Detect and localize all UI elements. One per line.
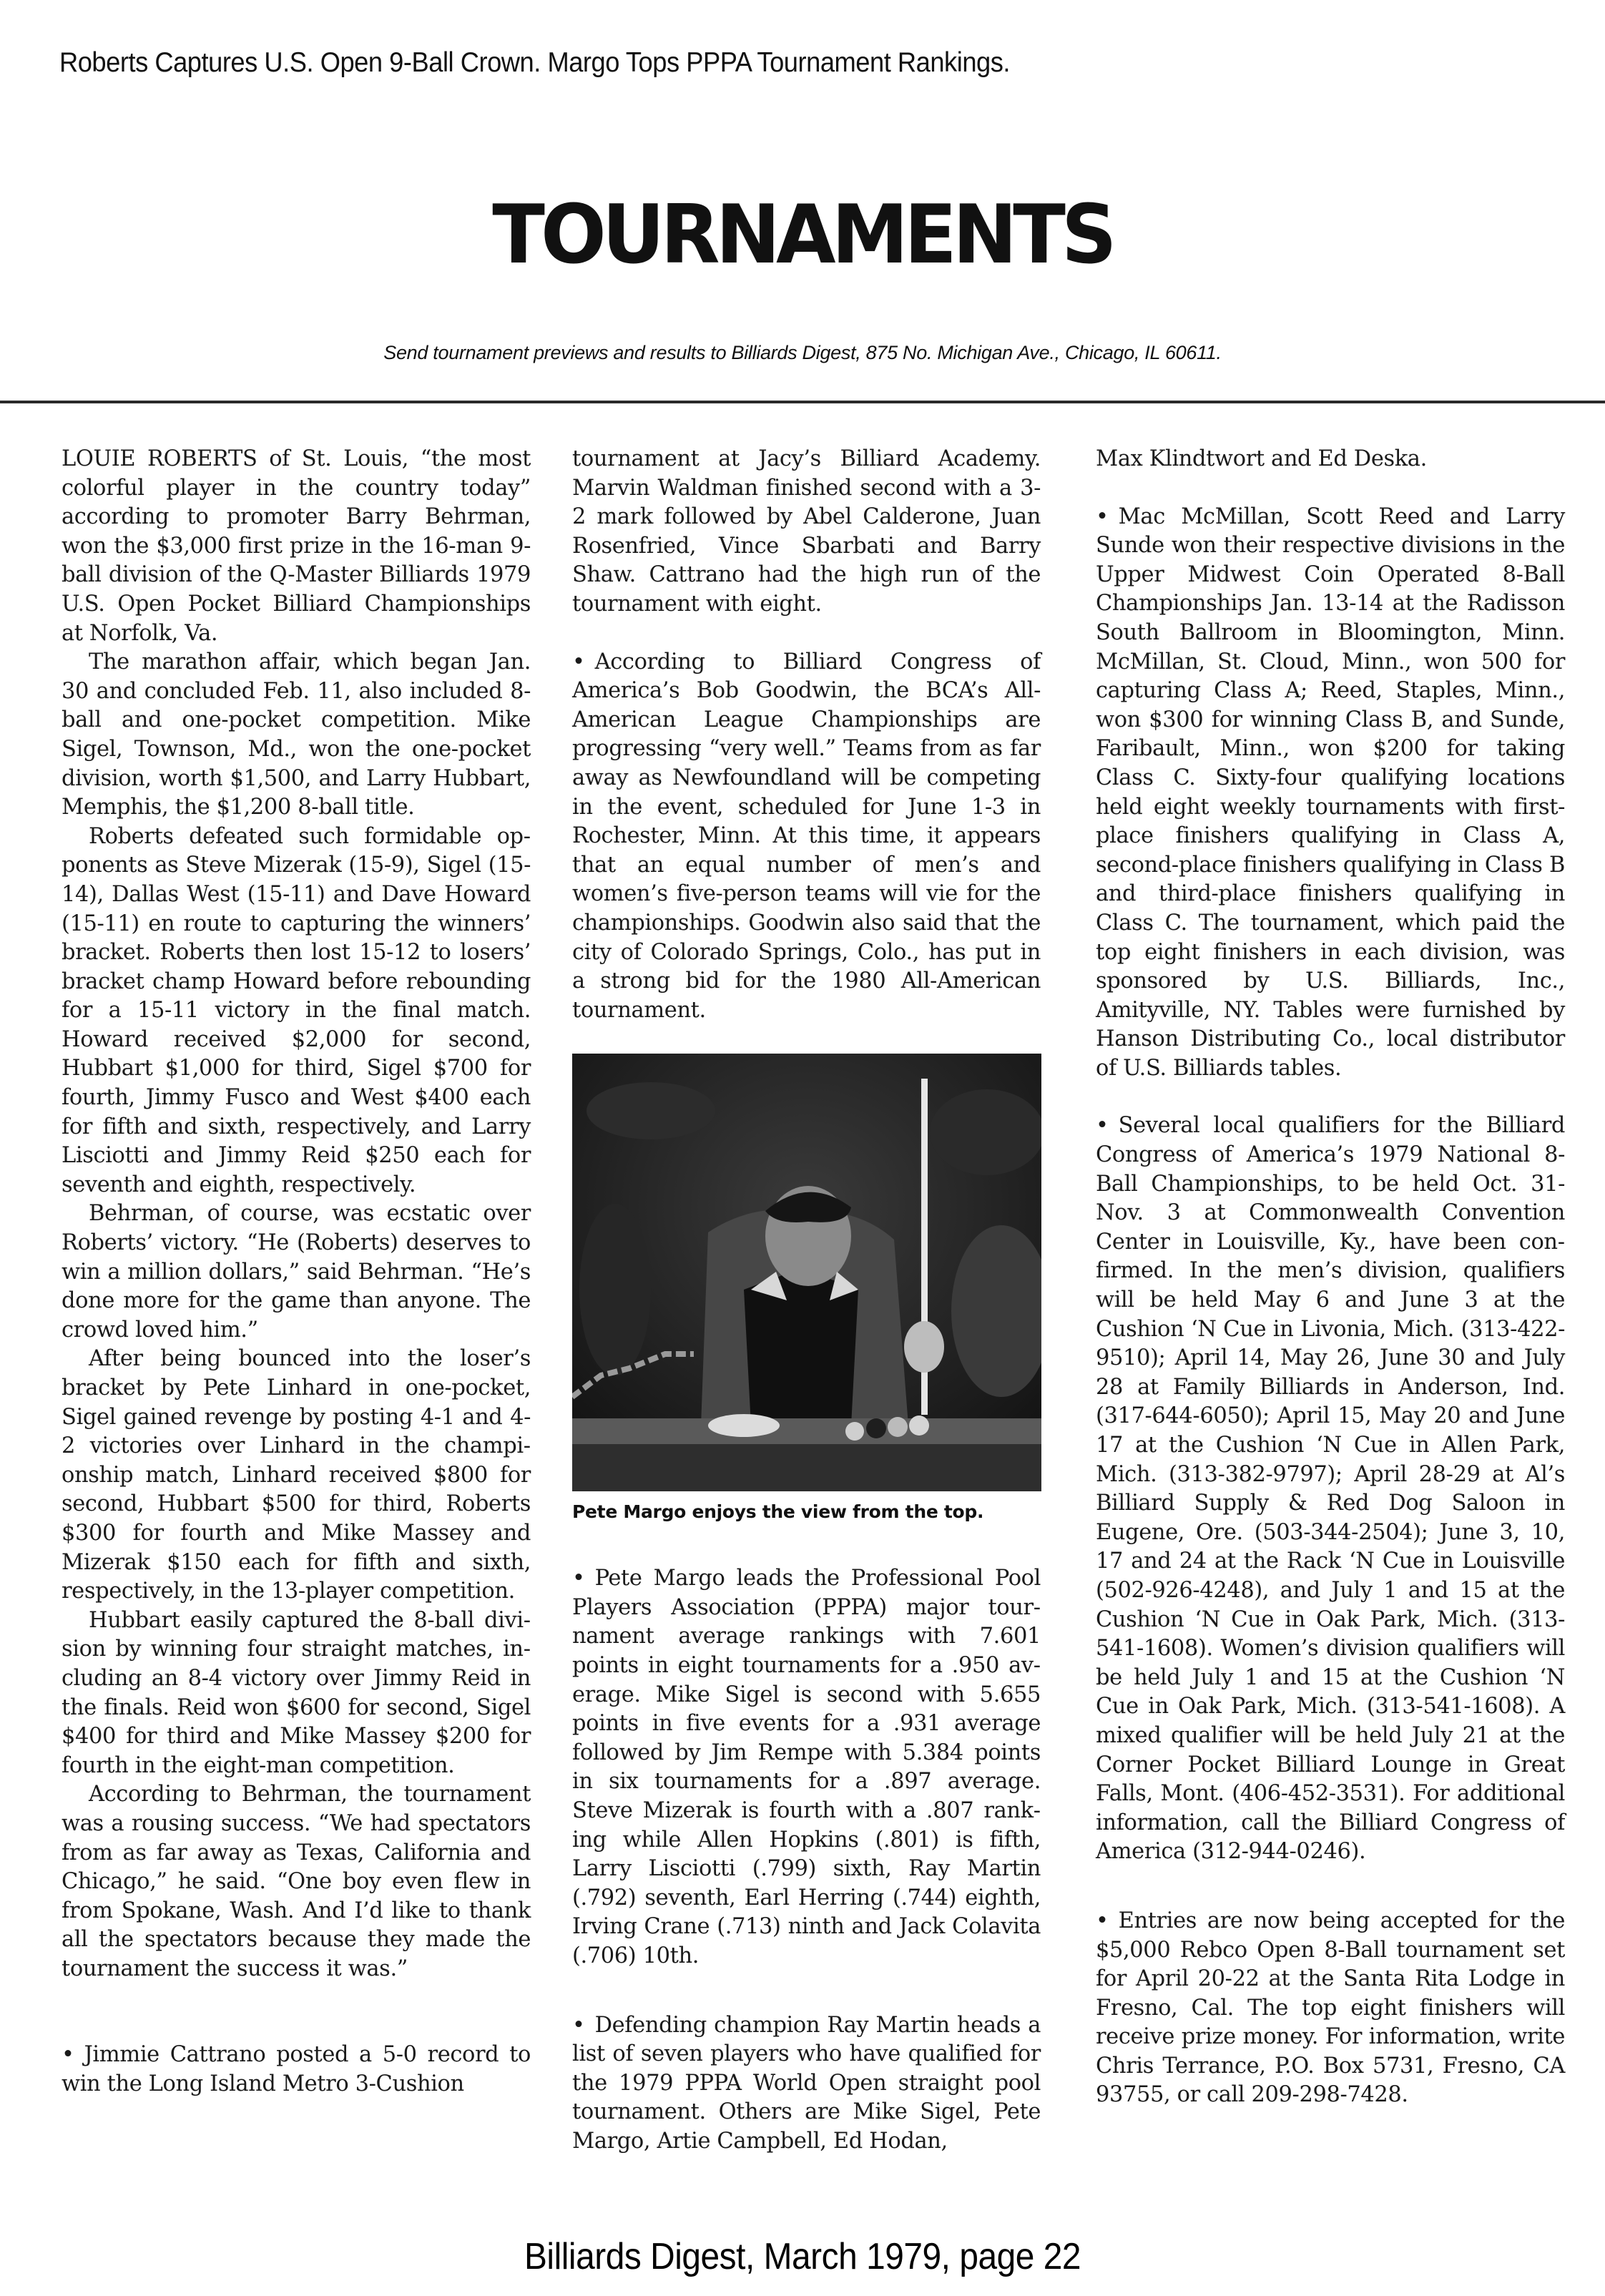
bullet-icon: • bbox=[1096, 503, 1109, 532]
section-masthead: TOURNAMENTS bbox=[0, 195, 1605, 275]
article-column-2: tournament at Jacy’s Billiard Academy. M… bbox=[572, 445, 1041, 2157]
page-citation-footer: Billiards Digest, March 1979, page 22 bbox=[64, 2235, 1541, 2278]
article-paragraph: LOUIE ROBERTS of St. Louis, “the most co… bbox=[62, 445, 531, 648]
bullet-icon: • bbox=[62, 2041, 74, 2070]
news-item-text: Pete Margo leads the Professional Pool P… bbox=[572, 1566, 1041, 1968]
bullet-icon: • bbox=[572, 2011, 585, 2041]
news-item: •Entries are now being accepted for the … bbox=[1096, 1907, 1565, 2110]
news-item: •According to Billiard Congress of Ameri… bbox=[572, 648, 1041, 1026]
article-continuation: tournament at Jacy’s Billiard Academy. M… bbox=[572, 445, 1041, 619]
news-item-text: Several local qualifiers for the Billiar… bbox=[1096, 1113, 1565, 1864]
article-paragraph: After being bounced into the loser’s bra… bbox=[62, 1345, 531, 1606]
news-item: •Jimmie Cattrano posted a 5-0 record to … bbox=[62, 2041, 531, 2099]
news-item: •Defending champion Ray Martin heads a l… bbox=[572, 2011, 1041, 2157]
news-item-text: Defending champion Ray Martin heads a li… bbox=[572, 2013, 1041, 2154]
bullet-icon: • bbox=[572, 648, 585, 677]
page-top-title: Roberts Captures U.S. Open 9-Ball Crown.… bbox=[59, 47, 1010, 79]
pete-margo-photo bbox=[572, 1054, 1041, 1491]
article-paragraph: The marathon affair, which began Jan. 30… bbox=[62, 648, 531, 823]
bullet-icon: • bbox=[1096, 1907, 1109, 1936]
article-continuation: Max Klindtwort and Ed Deska. bbox=[1096, 445, 1565, 474]
photo-image bbox=[572, 1054, 1041, 1491]
news-item: •Several local qualifiers for the Billia… bbox=[1096, 1112, 1565, 1866]
submission-note: Send tournament previews and results to … bbox=[0, 342, 1605, 364]
news-item: •Mac McMillan, Scott Reed and Larry Sund… bbox=[1096, 503, 1565, 1084]
news-item: •Pete Margo leads the Professional Pool … bbox=[572, 1564, 1041, 1971]
article-paragraph: Behrman, of course, was ecstatic over Ro… bbox=[62, 1199, 531, 1345]
article-paragraph: Roberts defeated such formidable op­pone… bbox=[62, 823, 531, 1200]
article-column-3: Max Klindtwort and Ed Deska. •Mac McMill… bbox=[1096, 445, 1565, 2110]
bullet-icon: • bbox=[1096, 1112, 1109, 1141]
news-item-text: Mac McMillan, Scott Reed and Larry Sunde… bbox=[1096, 504, 1565, 1081]
bullet-icon: • bbox=[572, 1564, 585, 1594]
photo-caption: Pete Margo enjoys the view from the top. bbox=[572, 1500, 1041, 1524]
header-rule-divider bbox=[0, 401, 1605, 403]
article-paragraph: Hubbart easily captured the 8-ball divi­… bbox=[62, 1606, 531, 1781]
news-item-text: Jimmie Cattrano posted a 5-0 record to w… bbox=[62, 2042, 531, 2096]
news-item-text: Entries are now being accepted for the $… bbox=[1096, 1908, 1565, 2108]
article-paragraph: According to Behrman, the tourna­ment wa… bbox=[62, 1780, 531, 1983]
news-item-text: According to Billiard Congress of Americ… bbox=[572, 649, 1041, 1023]
article-column-1: LOUIE ROBERTS of St. Louis, “the most co… bbox=[62, 445, 531, 2099]
